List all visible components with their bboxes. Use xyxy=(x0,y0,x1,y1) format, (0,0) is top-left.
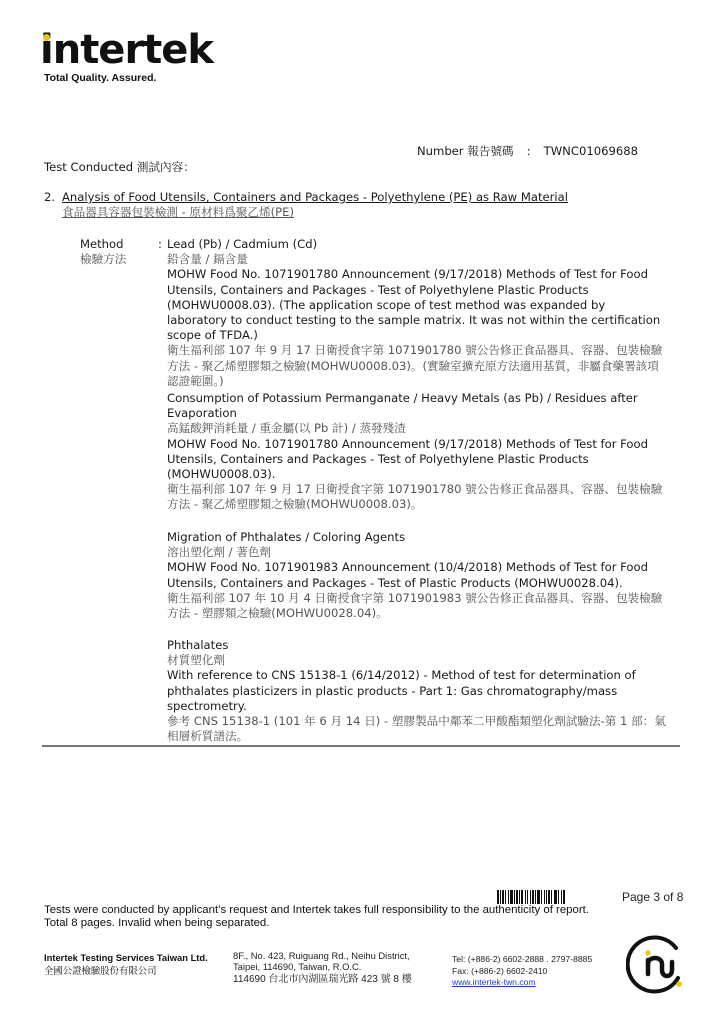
report-number-value: TWNC01069688 xyxy=(544,144,638,158)
contact-fax: Fax: (+886-2) 6602-2410 xyxy=(452,966,592,978)
method-label-en: Method xyxy=(80,237,126,252)
report-number-label: Number 報告號碼 xyxy=(417,144,514,158)
address-line-2: Taipei, 114690, Taiwan, R.O.C. xyxy=(233,962,412,973)
section-title-en: Analysis of Food Utensils, Containers an… xyxy=(62,190,568,204)
method-item-permanganate-heavy-metals: Consumption of Potassium Permanganate / … xyxy=(167,391,667,513)
report-number-separator: : xyxy=(514,144,544,158)
test-conducted-label: Test Conducted 測試內容： xyxy=(44,159,195,175)
section-number: 2. xyxy=(44,190,62,205)
intertek-circle-logo-icon xyxy=(626,934,688,996)
section-title-zh: 食品器具容器包裝檢測 - 原材料爲聚乙烯(PE) xyxy=(62,205,294,219)
website-link[interactable]: www.intertek-twn.com xyxy=(452,977,536,987)
method-colon: : xyxy=(158,237,162,251)
method-item-migration-phthalates: Migration of Phthalates / Coloring Agent… xyxy=(167,530,667,621)
address-zh: 114690 台北市內湖區瑞光路 423 號 8 樓 xyxy=(233,975,412,986)
company-address: 8F., No. 423, Ruiguang Rd., Neihu Distri… xyxy=(233,951,412,986)
company-info: Intertek Testing Services Taiwan Ltd. 全國… xyxy=(44,951,208,977)
contact-info: Tel: (+886-2) 6602-2888 . 2797-8885 Fax:… xyxy=(452,954,592,989)
method-desc-zh: 衛生福利部 107 年 10 月 4 日衛授食字第 1071901983 號公告… xyxy=(167,591,667,621)
method-label: Method 檢驗方法 xyxy=(80,237,126,267)
disclaimer-line-1: Tests were conducted by applicant’s requ… xyxy=(44,904,589,917)
barcode-icon xyxy=(497,890,612,904)
company-name-en: Intertek Testing Services Taiwan Ltd. xyxy=(44,951,208,964)
method-name-zh: 鉛含量 / 鎘含量 xyxy=(167,252,667,267)
method-desc-en: MOHW Food No. 1071901780 Announcement (9… xyxy=(167,267,667,343)
method-item-phthalates: Phthalates 材質塑化劑 With reference to CNS 1… xyxy=(167,638,667,744)
disclaimer: Tests were conducted by applicant’s requ… xyxy=(44,904,589,930)
report-number: Number 報告號碼:TWNC01069688 xyxy=(417,143,638,159)
method-desc-en: With reference to CNS 15138-1 (6/14/2012… xyxy=(167,668,667,714)
disclaimer-line-2: Total 8 pages. Invalid when being separa… xyxy=(44,917,589,930)
method-desc-zh: 參考 CNS 15138-1 (101 年 6 月 14 日) - 塑膠製品中鄰… xyxy=(167,714,667,744)
method-name-zh: 高錳酸鉀消耗量 / 重金屬(以 Pb 計) / 蒸發殘渣 xyxy=(167,421,667,436)
method-desc-zh: 衛生福利部 107 年 9 月 17 日衛授食字第 1071901780 號公告… xyxy=(167,343,667,389)
method-name-zh: 材質塑化劑 xyxy=(167,653,667,668)
method-name-en: Consumption of Potassium Permanganate / … xyxy=(167,391,667,421)
method-item-lead-cadmium: Lead (Pb) / Cadmium (Cd) 鉛含量 / 鎘含量 MOHW … xyxy=(167,237,667,389)
method-name-en: Migration of Phthalates / Coloring Agent… xyxy=(167,530,667,545)
section-title: 2.Analysis of Food Utensils, Containers … xyxy=(44,190,568,220)
intertek-logo: intertek xyxy=(40,28,213,72)
logo-accent-dot xyxy=(43,34,50,41)
method-name-en: Lead (Pb) / Cadmium (Cd) xyxy=(167,237,667,252)
method-name-zh: 溶出塑化劑 / 著色劑 xyxy=(167,545,667,560)
method-desc-zh: 衛生福利部 107 年 9 月 17 日衛授食字第 1071901780 號公告… xyxy=(167,482,667,512)
method-desc-en: MOHW Food No. 1071901983 Announcement (1… xyxy=(167,560,667,590)
page-indicator: Page 3 of 8 xyxy=(622,890,683,904)
method-desc-en: MOHW Food No. 1071901780 Announcement (9… xyxy=(167,437,667,483)
address-line-1: 8F., No. 423, Ruiguang Rd., Neihu Distri… xyxy=(233,951,412,962)
company-name-zh: 全國公證檢驗股份有限公司 xyxy=(44,964,208,977)
method-name-en: Phthalates xyxy=(167,638,667,653)
logo-tagline: Total Quality. Assured. xyxy=(44,72,156,84)
section-divider xyxy=(42,745,680,747)
method-label-zh: 檢驗方法 xyxy=(80,252,126,267)
contact-tel: Tel: (+886-2) 6602-2888 . 2797-8885 xyxy=(452,954,592,966)
